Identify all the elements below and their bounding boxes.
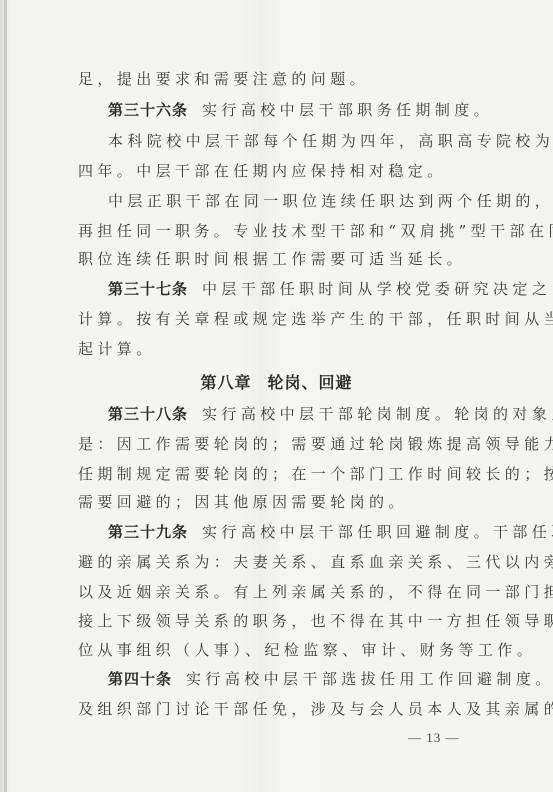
binding-shadow (4, 0, 7, 792)
text-line: 起计算。 (78, 340, 478, 359)
text-line: 四年。中层干部在任期内应保持相对稳定。 (78, 162, 478, 181)
text-line: 本科院校中层干部每个任期为四年，高职高专院校为三年或 (108, 132, 508, 151)
article-label: 第四十条 (108, 670, 172, 688)
text-line: 避的亲属关系为：夫妻关系、直系血亲关系、三代以内旁系血亲 (78, 553, 478, 572)
text-line: 及组织部门讨论干部任免，涉及与会人员本人及其亲属的，本人 (78, 700, 478, 719)
article-text: 实行高校中层干部轮岗制度。轮岗的对象主要 (202, 405, 553, 423)
article-label: 第三十七条 (108, 280, 188, 298)
article-40: 第四十条实行高校中层干部选拔任用工作回避制度。党委 (108, 670, 508, 689)
article-37: 第三十七条中层干部任职时间从学校党委研究决定之日起 (108, 280, 508, 299)
article-text: 中层干部任职时间从学校党委研究决定之日起 (202, 280, 553, 298)
text-line: 位从事组织（人事）、纪检监察、审计、财务等工作。 (78, 641, 478, 660)
article-39: 第三十九条实行高校中层干部任职回避制度。干部任职回 (108, 523, 508, 542)
page-number: — 13 — (408, 730, 460, 746)
article-38: 第三十八条实行高校中层干部轮岗制度。轮岗的对象主要 (108, 405, 508, 424)
article-label: 第三十八条 (108, 405, 188, 423)
text-line: 计算。按有关章程或规定选举产生的干部，任职时间从当选之日 (78, 310, 478, 329)
article-text: 实行高校中层干部职务任期制度。 (202, 101, 493, 119)
text-line: 足，提出要求和需要注意的问题。 (78, 70, 478, 89)
text-line: 任期制规定需要轮岗的；在一个部门工作时间较长的；按照规定 (78, 465, 478, 484)
article-label: 第三十九条 (108, 523, 188, 541)
article-36: 第三十六条实行高校中层干部职务任期制度。 (108, 101, 508, 120)
article-text: 实行高校中层干部任职回避制度。干部任职回 (202, 523, 553, 541)
text-line: 中层正职干部在同一职位连续任职达到两个任期的，一般不 (108, 192, 508, 211)
text-line: 再担任同一职务。专业技术型干部和“双肩挑”型干部在同一 (78, 222, 478, 241)
article-label: 第三十六条 (108, 101, 188, 119)
text-line: 接上下级领导关系的职务，也不得在其中一方担任领导职务的单 (78, 612, 478, 631)
article-text: 实行高校中层干部选拔任用工作回避制度。党委 (186, 670, 553, 688)
chapter-heading: 第八章轮岗、回避 (0, 370, 553, 393)
text-line: 职位连续任职时间根据工作需要可适当延长。 (78, 250, 478, 269)
text-line: 以及近姻亲关系。有上列亲属关系的，不得在同一部门担任有直 (78, 583, 478, 602)
text-line: 需要回避的；因其他原因需要轮岗的。 (78, 493, 478, 512)
chapter-number: 第八章 (200, 373, 251, 392)
chapter-title: 轮岗、回避 (268, 373, 353, 392)
text-line: 是：因工作需要轮岗的；需要通过轮岗锻炼提高领导能力的；因 (78, 435, 478, 454)
document-page: 足，提出要求和需要注意的问题。 第三十六条实行高校中层干部职务任期制度。 本科院… (0, 0, 553, 792)
